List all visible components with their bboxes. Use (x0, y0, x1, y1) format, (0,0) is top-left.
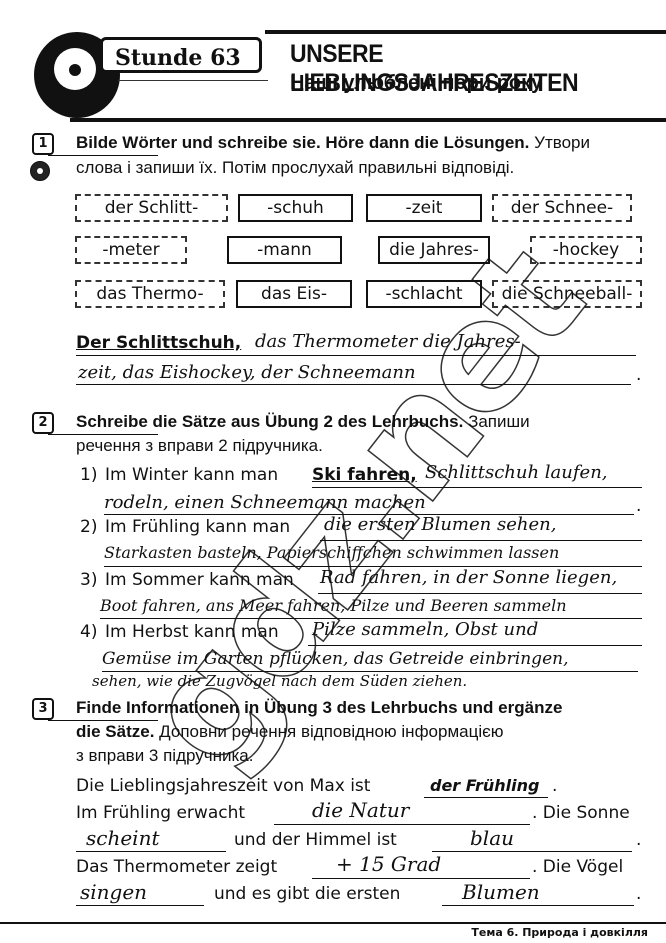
word-box: das Thermo- (75, 280, 225, 308)
badge-rule (118, 80, 268, 81)
word-box: -mann (227, 236, 342, 264)
word-box: der Schlitt- (75, 194, 228, 222)
answer-line (442, 905, 634, 906)
header-bottom-rule (70, 118, 666, 122)
example-answer: der Frühling (430, 776, 539, 795)
word-box: -schuh (238, 194, 353, 222)
item-number: 3) (80, 570, 97, 590)
handwritten-answer: die Natur (312, 798, 409, 822)
exercise-number-1: 1 (32, 133, 54, 155)
item-number: 1) (80, 465, 97, 485)
header-top-rule (265, 30, 666, 34)
handwritten-answer: scheint (86, 826, 160, 850)
answer-line (424, 797, 548, 798)
word-box: -zeit (366, 194, 482, 222)
example-answer: Der Schlittschuh, (76, 333, 241, 353)
handwritten-answer: blau (470, 826, 514, 850)
handwritten-answer: singen (80, 880, 147, 904)
cd-icon[interactable] (30, 161, 50, 181)
footer-rule (0, 922, 666, 924)
answer-line (76, 905, 204, 906)
item-number: 2) (80, 517, 97, 537)
item-prompt: Im Winter kann man (105, 465, 278, 485)
word-box: -hockey (530, 236, 642, 264)
exercise1-instruction: Bilde Wörter und schreibe sie. Höre dann… (76, 131, 590, 155)
footer-topic: Тема 6. Природа і довкілля (471, 926, 648, 939)
lesson-badge: Stunde 63 (100, 37, 262, 73)
word-box: -meter (75, 236, 187, 264)
exercise2-instruction-uk: речення з вправи 2 підручника. (76, 434, 323, 458)
exercise-number-3: 3 (32, 698, 54, 720)
answer-line (274, 824, 530, 825)
answer-line (76, 851, 226, 852)
answer-line (432, 851, 632, 852)
word-box: der Schnee- (492, 194, 632, 222)
word-box: das Eis- (236, 280, 352, 308)
answer-line (312, 878, 530, 879)
handwritten-answer: + 15 Grad (336, 852, 441, 876)
page-subtitle: Наші улюблені пори року (290, 72, 542, 95)
item-number: 4) (80, 622, 97, 642)
handwritten-answer: Blumen (462, 880, 540, 904)
exercise-number-2: 2 (32, 412, 54, 434)
exercise1-instruction-uk: слова і запиши їх. Потім прослухай прави… (76, 156, 514, 180)
